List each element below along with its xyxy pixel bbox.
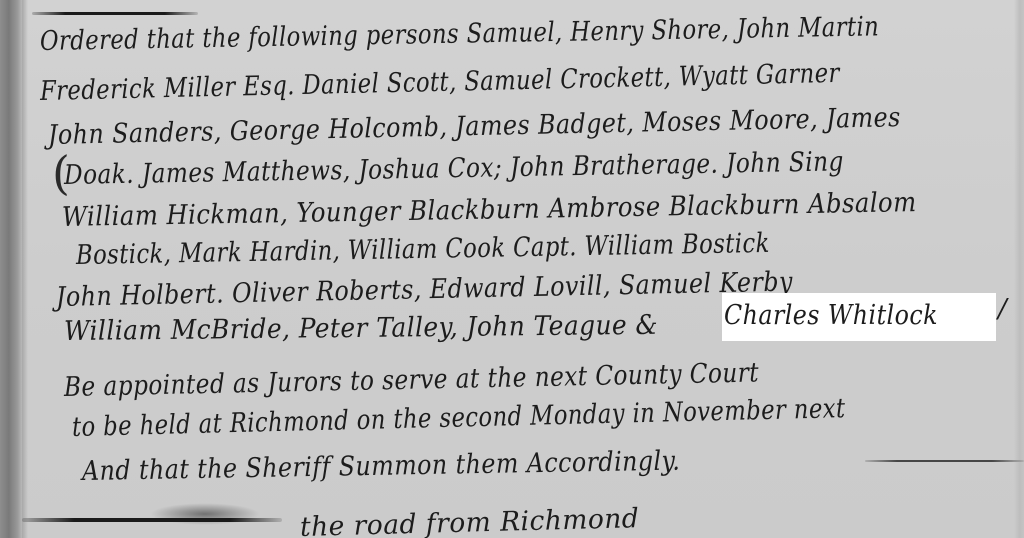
document-line-8: William McBride, Peter Talley, John Teag… bbox=[64, 310, 658, 347]
page-binding-edge bbox=[0, 0, 22, 538]
document-line-11: And that the Sheriff Summon them Accordi… bbox=[82, 446, 681, 487]
highlight-tail-mark: / bbox=[998, 294, 1007, 324]
margin-bracket: ( bbox=[52, 146, 70, 200]
highlighted-name: Charles Whitlock bbox=[724, 300, 938, 331]
binding-shadow bbox=[22, 0, 28, 538]
document-line-6: Bostick, Mark Hardin, William Cook Capt.… bbox=[76, 228, 770, 271]
document-line-4: Doak. James Matthews, Joshua Cox; John B… bbox=[64, 146, 844, 191]
line-end-flourish bbox=[865, 460, 1024, 462]
page-right-edge bbox=[1014, 0, 1024, 538]
document-line-9: Be appointed as Jurors to serve at the n… bbox=[64, 357, 760, 403]
document-line-5: William Hickman, Younger Blackburn Ambro… bbox=[62, 187, 917, 233]
document-line-7: John Holbert. Oliver Roberts, Edward Lov… bbox=[56, 267, 793, 313]
document-line-1: Ordered that the following persons Samue… bbox=[40, 11, 880, 57]
document-line-2: Frederick Miller Esq. Daniel Scott, Samu… bbox=[40, 58, 840, 107]
top-separator-rule bbox=[32, 12, 198, 15]
document-line-10: to be held at Richmond on the second Mon… bbox=[72, 393, 846, 443]
document-line-12-partial: the road from Richmond bbox=[300, 503, 640, 538]
bottom-separator-rule bbox=[22, 518, 282, 522]
document-line-3: John Sanders, George Holcomb, James Badg… bbox=[48, 102, 901, 151]
scanned-document-page: Ordered that the following persons Samue… bbox=[0, 0, 1024, 538]
